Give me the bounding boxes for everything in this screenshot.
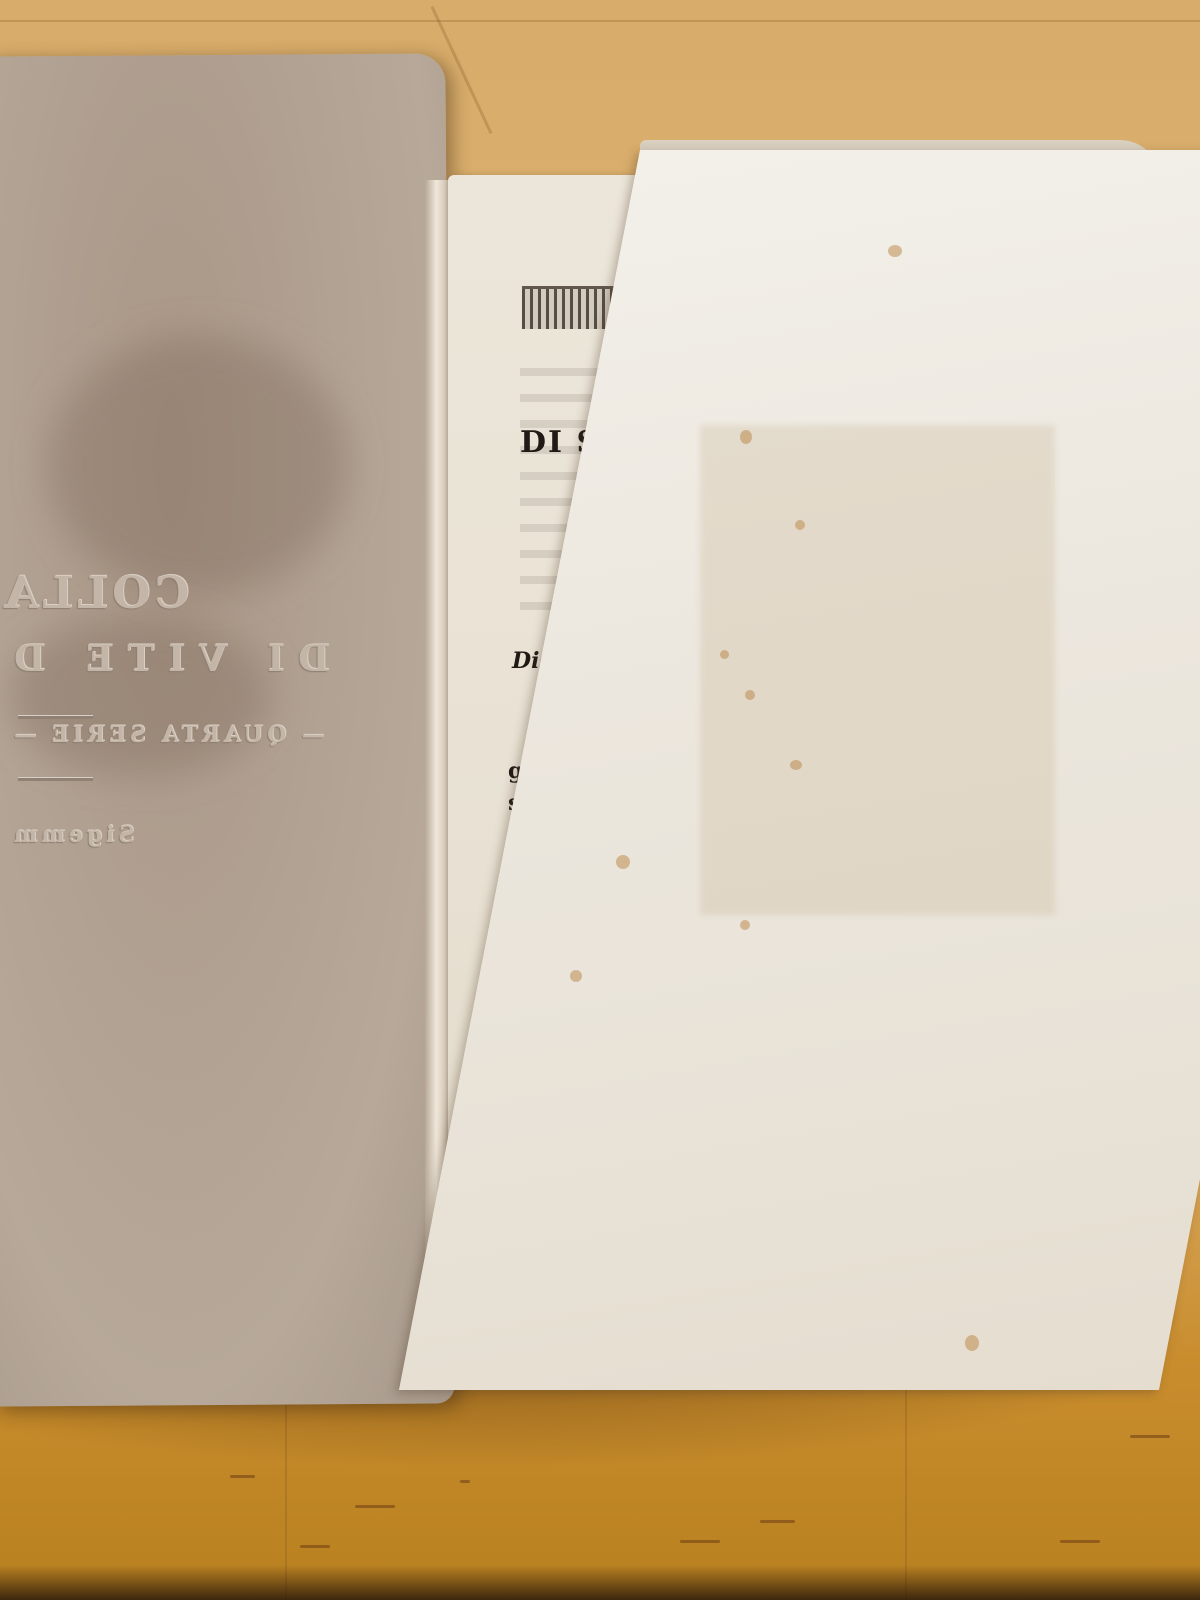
ornament-border bbox=[522, 286, 617, 329]
wood-grain bbox=[460, 1480, 470, 1483]
emboss-line2: DI VITE D bbox=[0, 638, 329, 680]
emboss-rule-bottom bbox=[18, 778, 93, 781]
foxing-spot bbox=[795, 520, 805, 530]
wood-grain bbox=[680, 1540, 720, 1543]
table-seam bbox=[0, 20, 1200, 22]
wood-grain bbox=[760, 1520, 795, 1523]
foxing-spot bbox=[888, 245, 902, 257]
emboss-line4: Sigemm bbox=[10, 822, 134, 848]
foxing-spot bbox=[965, 1335, 979, 1351]
foxing-spot bbox=[740, 430, 752, 444]
wood-grain bbox=[355, 1505, 395, 1508]
foxing-spot bbox=[720, 650, 729, 659]
foxing-spot bbox=[790, 760, 802, 770]
foxing-spot bbox=[570, 970, 582, 982]
wood-grain bbox=[300, 1545, 330, 1548]
foxing-spot bbox=[616, 855, 630, 869]
offset-print-shadow bbox=[700, 425, 1055, 915]
stain bbox=[47, 334, 349, 596]
emboss-series: — QUARTA SERIE — bbox=[10, 722, 324, 748]
wood-grain bbox=[1060, 1540, 1100, 1543]
wood-grain bbox=[230, 1475, 255, 1478]
wood-grain bbox=[1130, 1435, 1170, 1438]
emboss-line1: COLLA bbox=[0, 568, 189, 619]
table-edge bbox=[0, 1565, 1200, 1600]
foxing-spot bbox=[745, 690, 755, 700]
foxing-spot bbox=[740, 920, 750, 930]
emboss-rule-top bbox=[18, 716, 93, 719]
